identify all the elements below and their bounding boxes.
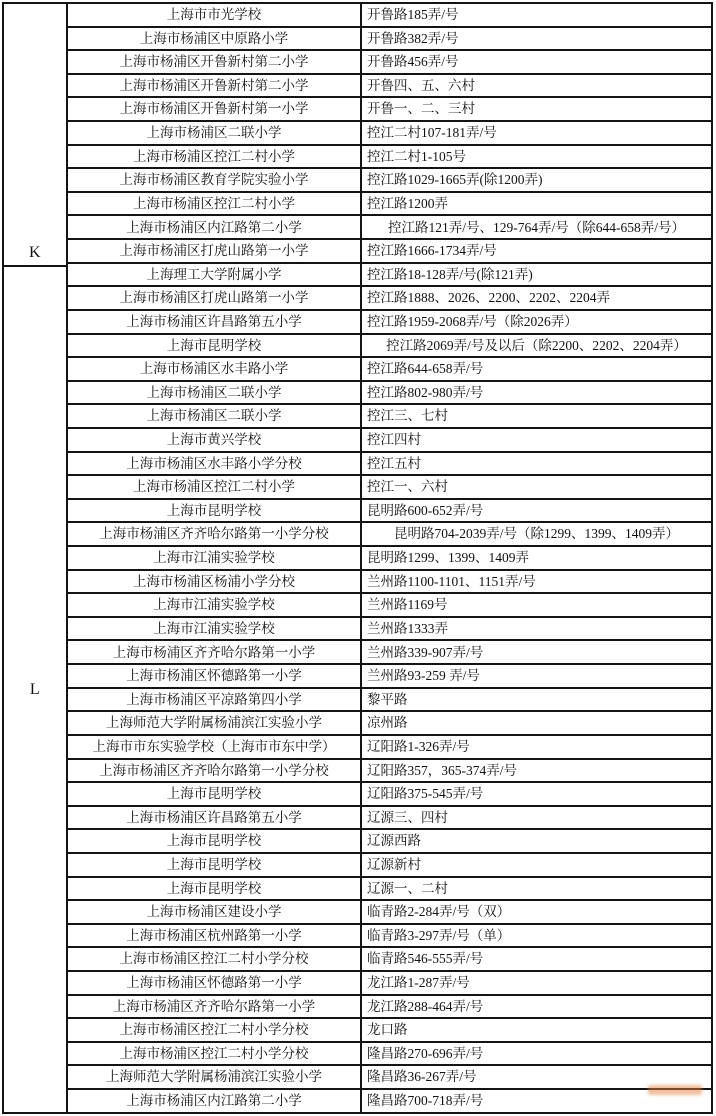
address-cell: 龙江路288-464弄/号 bbox=[362, 996, 711, 1018]
table-row: 上海市杨浦区内江路第二小学 控江路121弄/号、129-764弄/号（除644-… bbox=[68, 216, 711, 240]
address-cell: 开鲁一、二、三村 bbox=[362, 98, 711, 120]
school-cell: 上海市杨浦区怀德路第一小学 bbox=[68, 665, 362, 687]
school-cell: 上海市市光学校 bbox=[68, 4, 362, 26]
school-district-table: K L 上海市市光学校 开鲁路185弄/号 上海市杨浦区中原路小学 开鲁路382… bbox=[2, 2, 713, 1114]
table-row: 上海市杨浦区控江二村小学分校 隆昌路270-696弄/号 bbox=[68, 1043, 711, 1067]
address-cell: 控江三、七村 bbox=[362, 405, 711, 427]
school-cell: 上海市杨浦区齐齐哈尔路第一小学 bbox=[68, 996, 362, 1018]
school-cell: 上海市杨浦区齐齐哈尔路第一小学分校 bbox=[68, 523, 362, 545]
table-row: 上海市昆明学校 辽源一、二村 bbox=[68, 878, 711, 902]
table-row: 上海市江浦实验学校 兰州路1333弄 bbox=[68, 618, 711, 642]
table-row: 上海市杨浦区开鲁新村第二小学 开鲁四、五、六村 bbox=[68, 75, 711, 99]
address-cell: 控江路802-980弄/号 bbox=[362, 382, 711, 404]
section-letter-k: K bbox=[4, 4, 66, 267]
address-cell: 辽源西路 bbox=[362, 830, 711, 852]
table-row: 上海市杨浦区控江二村小学分校 龙口路 bbox=[68, 1019, 711, 1043]
address-cell: 开鲁路382弄/号 bbox=[362, 28, 711, 50]
school-cell: 上海师范大学附属杨浦滨江实验小学 bbox=[68, 712, 362, 734]
address-cell: 昆明路1299、1399、1409弄 bbox=[362, 547, 711, 569]
school-cell: 上海市杨浦区控江二村小学分校 bbox=[68, 1019, 362, 1041]
school-cell: 上海市昆明学校 bbox=[68, 500, 362, 522]
address-cell: 控江路1200弄 bbox=[362, 193, 711, 215]
table-row: 上海市杨浦区打虎山路第一小学 控江路1666-1734弄/号 bbox=[68, 240, 711, 264]
address-cell: 昆明路704-2039弄/号（除1299、1399、1409弄） bbox=[362, 523, 711, 545]
table-row: 上海市杨浦区怀德路第一小学 兰州路93-259 弄/号 bbox=[68, 665, 711, 689]
table-row: 上海市杨浦区二联小学 控江三、七村 bbox=[68, 405, 711, 429]
school-cell: 上海师范大学附属杨浦滨江实验小学 bbox=[68, 1066, 362, 1088]
table-row: 上海市杨浦区怀德路第一小学 龙江路1-287弄/号 bbox=[68, 972, 711, 996]
school-cell: 上海市杨浦区控江二村小学 bbox=[68, 476, 362, 498]
address-cell: 控江路644-658弄/号 bbox=[362, 358, 711, 380]
address-cell: 辽阳路1-326弄/号 bbox=[362, 736, 711, 758]
address-cell: 控江路2069弄/号及以后（除2200、2202、2204弄） bbox=[362, 335, 711, 357]
table-rows: 上海市市光学校 开鲁路185弄/号 上海市杨浦区中原路小学 开鲁路382弄/号 … bbox=[68, 4, 711, 1112]
table-row: 上海市杨浦区控江二村小学 控江路1200弄 bbox=[68, 193, 711, 217]
school-cell: 上海理工大学附属小学 bbox=[68, 264, 362, 286]
address-cell: 开鲁路185弄/号 bbox=[362, 4, 711, 26]
school-cell: 上海市杨浦区打虎山路第一小学 bbox=[68, 287, 362, 309]
table-row: 上海市杨浦区许昌路第五小学 辽源三、四村 bbox=[68, 807, 711, 831]
table-row: 上海市杨浦区控江二村小学 控江一、六村 bbox=[68, 476, 711, 500]
table-row: 上海市杨浦区打虎山路第一小学 控江路1888、2026、2200、2202、22… bbox=[68, 287, 711, 311]
school-cell: 上海市杨浦区中原路小学 bbox=[68, 28, 362, 50]
school-cell: 上海市杨浦区齐齐哈尔路第一小学 bbox=[68, 641, 362, 663]
school-cell: 上海市杨浦区平凉路第四小学 bbox=[68, 689, 362, 711]
address-cell: 龙口路 bbox=[362, 1019, 711, 1041]
address-cell: 控江路121弄/号、129-764弄/号（除644-658弄/号） bbox=[362, 216, 711, 238]
table-row: 上海市杨浦区杨浦小学分校 兰州路1100-1101、1151弄/号 bbox=[68, 571, 711, 595]
address-cell: 兰州路1169号 bbox=[362, 594, 711, 616]
table-row: 上海市江浦实验学校 兰州路1169号 bbox=[68, 594, 711, 618]
school-cell: 上海市江浦实验学校 bbox=[68, 618, 362, 640]
table-row: 上海市杨浦区控江二村小学分校 临青路546-555弄/号 bbox=[68, 948, 711, 972]
table-row: 上海市市东实验学校（上海市市东中学） 辽阳路1-326弄/号 bbox=[68, 736, 711, 760]
school-cell: 上海市昆明学校 bbox=[68, 783, 362, 805]
table-row: 上海市昆明学校 辽源西路 bbox=[68, 830, 711, 854]
school-cell: 上海市杨浦区内江路第二小学 bbox=[68, 216, 362, 238]
table-row: 上海师范大学附属杨浦滨江实验小学 凉州路 bbox=[68, 712, 711, 736]
table-row: 上海市杨浦区齐齐哈尔路第一小学 龙江路288-464弄/号 bbox=[68, 996, 711, 1020]
table-row: 上海市昆明学校 控江路2069弄/号及以后（除2200、2202、2204弄） bbox=[68, 335, 711, 359]
address-cell: 临青路546-555弄/号 bbox=[362, 948, 711, 970]
address-cell: 兰州路339-907弄/号 bbox=[362, 641, 711, 663]
table-row: 上海市杨浦区齐齐哈尔路第一小学 兰州路339-907弄/号 bbox=[68, 641, 711, 665]
school-cell: 上海市江浦实验学校 bbox=[68, 547, 362, 569]
school-cell: 上海市杨浦区许昌路第五小学 bbox=[68, 807, 362, 829]
table-row: 上海市杨浦区内江路第二小学 隆昌路700-718弄/号 bbox=[68, 1090, 711, 1112]
school-cell: 上海市杨浦区内江路第二小学 bbox=[68, 1090, 362, 1112]
school-cell: 上海市昆明学校 bbox=[68, 830, 362, 852]
school-district-document-page: K L 上海市市光学校 开鲁路185弄/号 上海市杨浦区中原路小学 开鲁路382… bbox=[0, 0, 716, 1116]
address-cell: 控江路18-128弄/号(除121弄) bbox=[362, 264, 711, 286]
school-cell: 上海市杨浦区控江二村小学 bbox=[68, 146, 362, 168]
table-row: 上海市杨浦区建设小学 临青路2-284弄/号（双） bbox=[68, 901, 711, 925]
school-cell: 上海市杨浦区教育学院实验小学 bbox=[68, 169, 362, 191]
table-row: 上海市杨浦区二联小学 控江路802-980弄/号 bbox=[68, 382, 711, 406]
school-cell: 上海市杨浦区控江二村小学 bbox=[68, 193, 362, 215]
school-cell: 上海市杨浦区杨浦小学分校 bbox=[68, 571, 362, 593]
address-cell: 隆昌路700-718弄/号 bbox=[362, 1090, 711, 1112]
address-cell: 控江四村 bbox=[362, 429, 711, 451]
school-cell: 上海市杨浦区开鲁新村第二小学 bbox=[68, 51, 362, 73]
table-row: 上海市江浦实验学校 昆明路1299、1399、1409弄 bbox=[68, 547, 711, 571]
school-cell: 上海市杨浦区许昌路第五小学 bbox=[68, 311, 362, 333]
address-cell: 控江二村1-105号 bbox=[362, 146, 711, 168]
address-cell: 兰州路93-259 弄/号 bbox=[362, 665, 711, 687]
table-row: 上海市杨浦区杭州路第一小学 临青路3-297弄/号（单） bbox=[68, 925, 711, 949]
address-cell: 隆昌路36-267弄/号 bbox=[362, 1066, 711, 1088]
address-cell: 控江路1888、2026、2200、2202、2204弄 bbox=[362, 287, 711, 309]
table-row: 上海市杨浦区控江二村小学 控江二村1-105号 bbox=[68, 146, 711, 170]
school-cell: 上海市杨浦区二联小学 bbox=[68, 122, 362, 144]
school-cell: 上海市杨浦区控江二村小学分校 bbox=[68, 948, 362, 970]
letter-column: K L bbox=[4, 4, 68, 1112]
address-cell: 黎平路 bbox=[362, 689, 711, 711]
address-cell: 隆昌路270-696弄/号 bbox=[362, 1043, 711, 1065]
school-cell: 上海市杨浦区打虎山路第一小学 bbox=[68, 240, 362, 262]
school-cell: 上海市杨浦区控江二村小学分校 bbox=[68, 1043, 362, 1065]
address-cell: 辽源三、四村 bbox=[362, 807, 711, 829]
school-cell: 上海市杨浦区怀德路第一小学 bbox=[68, 972, 362, 994]
address-cell: 开鲁四、五、六村 bbox=[362, 75, 711, 97]
address-cell: 控江路1029-1665弄(除1200弄) bbox=[362, 169, 711, 191]
school-cell: 上海市杨浦区开鲁新村第二小学 bbox=[68, 75, 362, 97]
school-cell: 上海市黄兴学校 bbox=[68, 429, 362, 451]
school-cell: 上海市杨浦区二联小学 bbox=[68, 405, 362, 427]
address-cell: 凉州路 bbox=[362, 712, 711, 734]
address-cell: 控江五村 bbox=[362, 453, 711, 475]
table-row: 上海市昆明学校 辽阳路375-545弄/号 bbox=[68, 783, 711, 807]
address-cell: 昆明路600-652弄/号 bbox=[362, 500, 711, 522]
school-cell: 上海市杨浦区齐齐哈尔路第一小学分校 bbox=[68, 760, 362, 782]
address-cell: 辽源一、二村 bbox=[362, 878, 711, 900]
table-row: 上海市杨浦区教育学院实验小学 控江路1029-1665弄(除1200弄) bbox=[68, 169, 711, 193]
address-cell: 辽阳路375-545弄/号 bbox=[362, 783, 711, 805]
table-row: 上海市杨浦区齐齐哈尔路第一小学分校 昆明路704-2039弄/号（除1299、1… bbox=[68, 523, 711, 547]
address-cell: 兰州路1100-1101、1151弄/号 bbox=[362, 571, 711, 593]
school-cell: 上海市杨浦区二联小学 bbox=[68, 382, 362, 404]
school-cell: 上海市江浦实验学校 bbox=[68, 594, 362, 616]
address-cell: 辽阳路357，365-374弄/号 bbox=[362, 760, 711, 782]
table-row: 上海市昆明学校 辽源新村 bbox=[68, 854, 711, 878]
table-row: 上海市杨浦区开鲁新村第二小学 开鲁路456弄/号 bbox=[68, 51, 711, 75]
address-cell: 临青路2-284弄/号（双） bbox=[362, 901, 711, 923]
table-row: 上海市杨浦区水丰路小学 控江路644-658弄/号 bbox=[68, 358, 711, 382]
address-cell: 控江路1959-2068弄/号（除2026弄） bbox=[362, 311, 711, 333]
school-cell: 上海市昆明学校 bbox=[68, 335, 362, 357]
table-row: 上海市黄兴学校 控江四村 bbox=[68, 429, 711, 453]
table-row: 上海市杨浦区许昌路第五小学 控江路1959-2068弄/号（除2026弄） bbox=[68, 311, 711, 335]
address-cell: 控江二村107-181弄/号 bbox=[362, 122, 711, 144]
school-cell: 上海市昆明学校 bbox=[68, 854, 362, 876]
address-cell: 临青路3-297弄/号（单） bbox=[362, 925, 711, 947]
school-cell: 上海市杨浦区杭州路第一小学 bbox=[68, 925, 362, 947]
table-row: 上海市杨浦区平凉路第四小学 黎平路 bbox=[68, 689, 711, 713]
school-cell: 上海市杨浦区水丰路小学 bbox=[68, 358, 362, 380]
school-cell: 上海市杨浦区建设小学 bbox=[68, 901, 362, 923]
table-row: 上海市市光学校 开鲁路185弄/号 bbox=[68, 4, 711, 28]
school-cell: 上海市市东实验学校（上海市市东中学） bbox=[68, 736, 362, 758]
table-row: 上海市杨浦区二联小学 控江二村107-181弄/号 bbox=[68, 122, 711, 146]
table-row: 上海市杨浦区中原路小学 开鲁路382弄/号 bbox=[68, 28, 711, 52]
section-letter-l: L bbox=[4, 267, 66, 1112]
table-row: 上海理工大学附属小学 控江路18-128弄/号(除121弄) bbox=[68, 264, 711, 288]
table-row: 上海市杨浦区水丰路小学分校 控江五村 bbox=[68, 453, 711, 477]
table-row: 上海师范大学附属杨浦滨江实验小学 隆昌路36-267弄/号 bbox=[68, 1066, 711, 1090]
address-cell: 控江一、六村 bbox=[362, 476, 711, 498]
school-cell: 上海市杨浦区水丰路小学分校 bbox=[68, 453, 362, 475]
address-cell: 兰州路1333弄 bbox=[362, 618, 711, 640]
address-cell: 龙江路1-287弄/号 bbox=[362, 972, 711, 994]
school-cell: 上海市昆明学校 bbox=[68, 878, 362, 900]
table-row: 上海市杨浦区齐齐哈尔路第一小学分校 辽阳路357，365-374弄/号 bbox=[68, 760, 711, 784]
table-row: 上海市昆明学校 昆明路600-652弄/号 bbox=[68, 500, 711, 524]
address-cell: 开鲁路456弄/号 bbox=[362, 51, 711, 73]
address-cell: 控江路1666-1734弄/号 bbox=[362, 240, 711, 262]
school-cell: 上海市杨浦区开鲁新村第一小学 bbox=[68, 98, 362, 120]
address-cell: 辽源新村 bbox=[362, 854, 711, 876]
table-row: 上海市杨浦区开鲁新村第一小学 开鲁一、二、三村 bbox=[68, 98, 711, 122]
